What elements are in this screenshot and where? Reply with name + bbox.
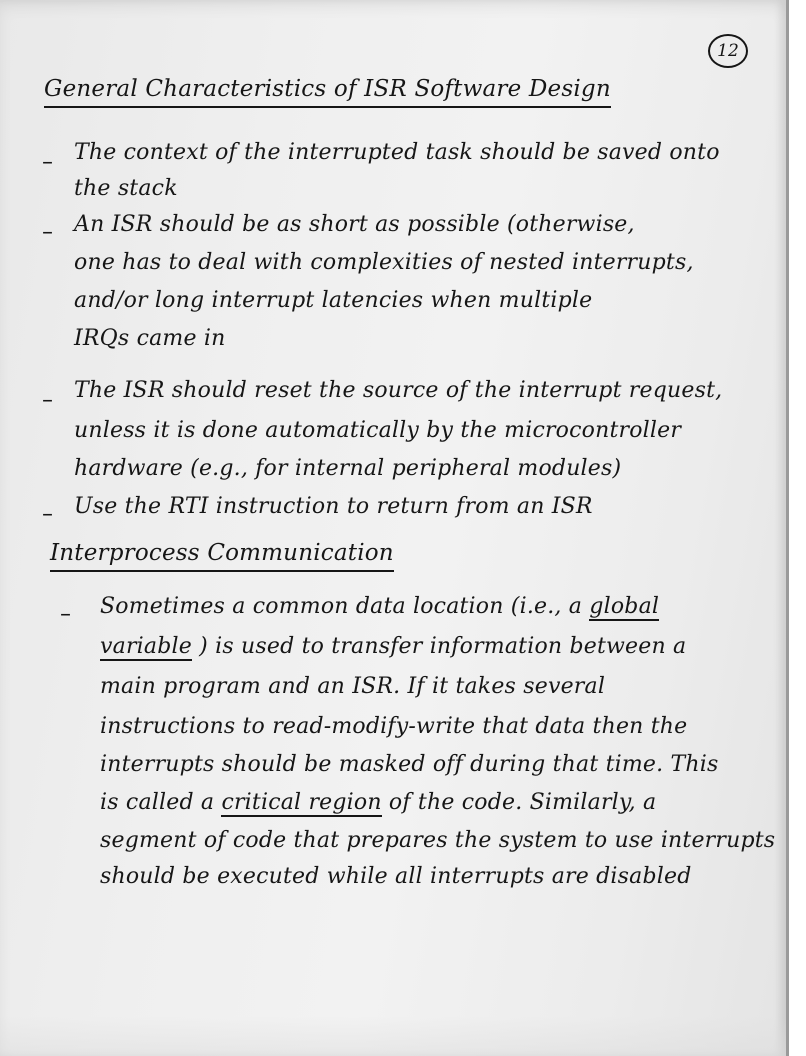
bullet-text-segment: Sometimes a common data location (i.e., … xyxy=(100,594,589,619)
bullet-dash: – xyxy=(42,388,53,413)
bullet-text: interrupts should be masked off during t… xyxy=(100,752,719,777)
bullet-text: and/or long interrupt latencies when mul… xyxy=(74,288,592,313)
bullet-dash: – xyxy=(42,502,53,527)
bullet-text-segment: of the code. Similarly, a xyxy=(382,790,657,815)
bullet-text: unless it is done automatically by the m… xyxy=(74,418,681,443)
bullet-text: The context of the interrupted task shou… xyxy=(74,140,720,165)
bullet-text: Sometimes a common data location (i.e., … xyxy=(100,594,659,619)
bullet-text: is called a critical region of the code.… xyxy=(100,790,656,815)
bullet-dash: – xyxy=(60,602,71,627)
underlined-term-variable: variable xyxy=(100,634,192,661)
bullet-text-segment: ) is used to transfer information betwee… xyxy=(199,634,686,659)
bullet-text: instructions to read-modify-write that d… xyxy=(100,714,687,739)
underlined-term-global: global xyxy=(589,594,659,621)
bullet-text: segment of code that prepares the system… xyxy=(100,828,775,853)
section-heading-interprocess-communication: Interprocess Communication xyxy=(50,540,394,572)
bullet-text: An ISR should be as short as possible (o… xyxy=(74,212,635,237)
bullet-text: hardware (e.g., for internal peripheral … xyxy=(74,456,621,481)
bullet-text: The ISR should reset the source of the i… xyxy=(74,378,722,403)
bullet-text: should be executed while all interrupts … xyxy=(100,864,692,889)
bullet-text: Use the RTI instruction to return from a… xyxy=(74,494,593,519)
bullet-text: IRQs came in xyxy=(74,326,226,351)
bullet-text: the stack xyxy=(74,176,178,201)
section-heading-isr-design: General Characteristics of ISR Software … xyxy=(44,76,611,108)
page-number: 12 xyxy=(708,34,748,68)
bullet-text: one has to deal with complexities of nes… xyxy=(74,250,694,275)
underlined-term-critical-region: critical region xyxy=(221,790,381,817)
bullet-dash: – xyxy=(42,220,53,245)
bullet-text: variable ) is used to transfer informati… xyxy=(100,634,686,659)
bullet-text-segment: is called a xyxy=(100,790,221,815)
bullet-dash: – xyxy=(42,150,53,175)
scanned-notebook-page: 12 General Characteristics of ISR Softwa… xyxy=(0,0,789,1056)
bullet-text: main program and an ISR. If it takes sev… xyxy=(100,674,605,699)
